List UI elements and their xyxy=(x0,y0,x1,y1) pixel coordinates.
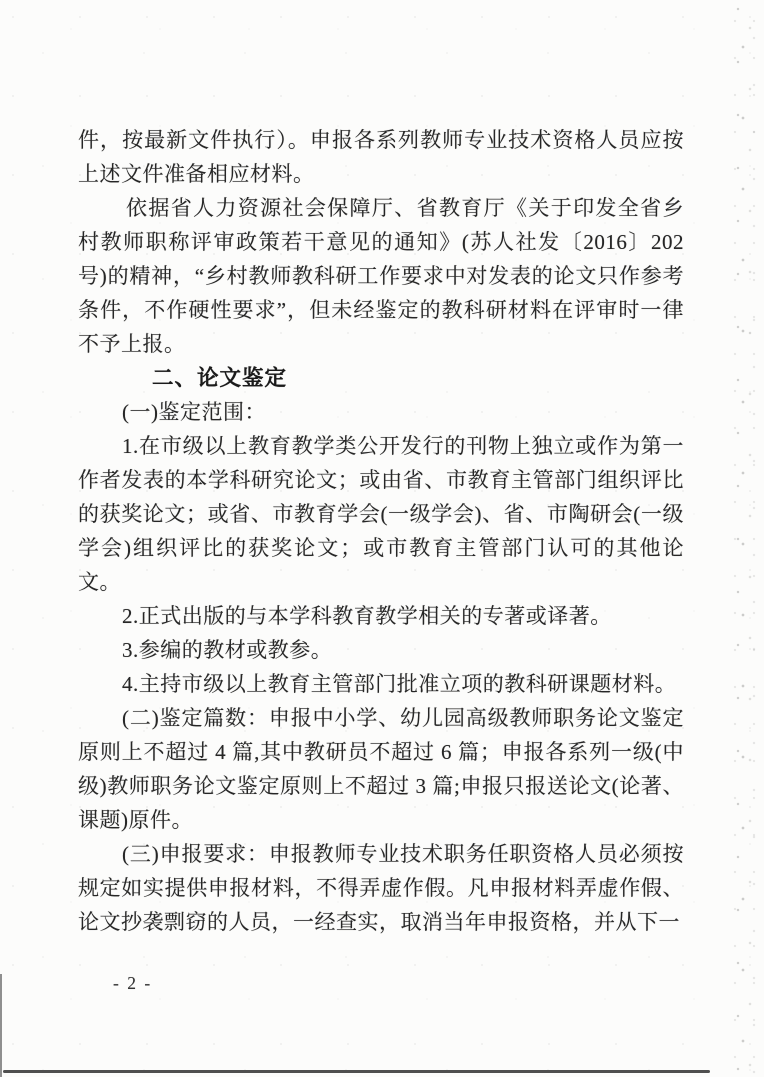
list-item-4: 4.主持市级以上教育主管部门批准立项的教科研课题材料。 xyxy=(78,667,684,701)
section-heading-paper-appraisal: 二、论文鉴定 xyxy=(78,361,684,395)
scanned-document-page: 件，按最新文件执行）。申报各系列教师专业技术资格人员应按上述文件准备相应材料。 … xyxy=(0,0,764,1077)
list-item-3: 3.参编的教材或教参。 xyxy=(78,633,684,667)
list-item-1: 1.在市级以上教育教学类公开发行的刊物上独立或作为第一作者发表的本学科研究论文；… xyxy=(78,429,684,599)
subsection-appraisal-quantity: (二)鉴定篇数：申报中小学、幼儿园高级教师职务论文鉴定原则上不超过 4 篇,其中… xyxy=(78,701,684,837)
scan-edge-bottom-line xyxy=(3,1070,710,1073)
subsection-application-requirements: (三)申报要求：申报教师专业技术职务任职资格人员必须按规定如实提供申报材料，不得… xyxy=(78,837,684,939)
scan-noise-right-edge xyxy=(732,0,764,1077)
list-item-2: 2.正式出版的与本学科教育教学相关的专著或译著。 xyxy=(78,599,684,633)
subsection-appraisal-scope: (一)鉴定范围： xyxy=(78,395,684,429)
page-number: - 2 - xyxy=(113,973,152,994)
paragraph-policy-basis: 依据省人力资源社会保障厅、省教育厅《关于印发全省乡村教师职称评审政策若干意见的通… xyxy=(78,191,684,361)
scan-edge-left-line xyxy=(0,974,2,1077)
document-content: 件，按最新文件执行）。申报各系列教师专业技术资格人员应按上述文件准备相应材料。 … xyxy=(78,123,684,939)
paragraph-continuation: 件，按最新文件执行）。申报各系列教师专业技术资格人员应按上述文件准备相应材料。 xyxy=(78,123,684,191)
